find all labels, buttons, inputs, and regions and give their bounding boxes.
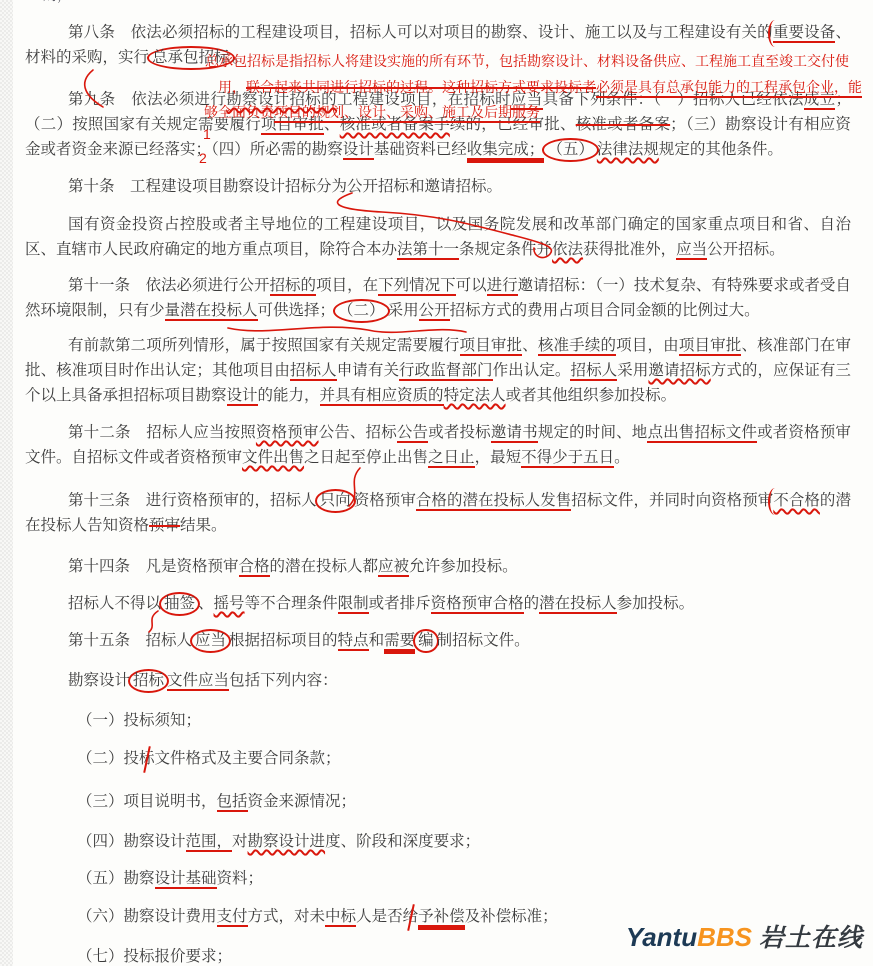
text-run: （七）投标报价要求；: [77, 948, 232, 965]
text-run: 第十三条 进行资格预审的，招标人: [68, 492, 317, 509]
annotated-text: 只向: [315, 489, 356, 513]
annotated-text: 招标人: [290, 362, 337, 381]
annotated-text: 应当: [198, 672, 229, 691]
annotated-text: 邀请招标: [648, 362, 710, 379]
text-run: 申请有关: [337, 362, 399, 379]
annotated-text: 联合起来共同进行招标的过程。这种招标方式要求投标者: [246, 81, 596, 96]
annotated-text: 依法: [552, 241, 583, 258]
annotated-text: 勘察设计进: [248, 833, 326, 850]
text-run: 第十二条 招标人应当按照: [68, 424, 256, 441]
watermark-bbs: BBS: [697, 922, 752, 952]
annotated-text: 之日止: [428, 449, 475, 468]
text-run: 招标人不得以: [68, 595, 161, 612]
annotated-text: 公告: [397, 424, 428, 443]
annotated-text: 应当: [676, 241, 707, 260]
text-run: （四）勘察设计: [77, 833, 186, 850]
annotated-text: 并具有相应资质的: [320, 387, 444, 406]
annotated-text: 重要设备: [773, 24, 836, 43]
text-run: 根据招标项目的: [229, 632, 338, 649]
document-paragraph: （二）投标文件格式及主要合同条款；: [25, 746, 851, 771]
text-run: 条规定条件并: [459, 241, 552, 258]
text-run: 规定的时间、地: [538, 424, 648, 441]
annotated-text: 包括: [217, 793, 248, 812]
annotated-text: 设计基础: [155, 870, 217, 889]
annotated-text: 不得少于五日: [521, 449, 614, 468]
text-run: 资金来源情况；: [248, 793, 357, 810]
text-run: 等不合理条件: [245, 595, 338, 612]
text-run: 招标文件，并同时向资格预审: [571, 492, 773, 509]
watermark-yantu: Yantu: [626, 922, 697, 952]
document-paragraph: 第十条 工程建设项目勘察设计招标分为公开招标和邀请招标。: [25, 174, 851, 199]
annotated-text: 应当: [190, 629, 231, 653]
annotated-text: 下列情况下: [378, 277, 456, 296]
text-run: 的: [524, 595, 540, 612]
annotated-text: 量潜在投标人: [165, 302, 258, 321]
document-paragraph: （四）勘察设计范围，对勘察设计进度、阶段和深度要求；: [25, 829, 851, 854]
text-run: ，最短: [475, 449, 522, 466]
annotated-text: 抽签: [159, 592, 200, 616]
text-run: 项目，由: [616, 337, 679, 354]
annotated-text: 邀请书: [491, 424, 538, 443]
document-paragraph: （三）项目说明书，包括资金来源情况；: [25, 789, 851, 814]
text-run: 项目，在: [316, 277, 378, 294]
document-paragraph: 第十五条 招标人应当根据招标项目的特点和需要编制招标文件。: [25, 628, 851, 653]
annotated-text: 收集完成；: [467, 141, 545, 158]
text-run: 第十四条 凡是资格预审: [68, 558, 239, 575]
text-run: 文件格式及主要合同条款；: [155, 750, 341, 767]
annotated-text: 招标: [128, 669, 169, 693]
text-run: 第十一条 依法必须进行公开: [68, 277, 270, 294]
annotated-text: 项目审批: [460, 337, 523, 356]
watermark-chinese: 岩土在线: [759, 924, 863, 952]
text-run: （一）投标须知；: [77, 712, 201, 729]
document-paragraph: 第十一条 依法必须进行公开招标的项目，在下列情况下可以进行邀请招标：（一）技术复…: [25, 273, 851, 323]
annotated-text: （二）: [333, 299, 390, 323]
annotated-text: 招标的: [270, 277, 317, 296]
text-run: 采用: [617, 362, 648, 379]
document-paragraph: 有前款第二项所列情形，属于按照国家有关规定需要履行项目审批、核准手续的项目，由项…: [25, 333, 851, 408]
text-run: 、: [198, 595, 214, 612]
annotated-text: 支付: [217, 908, 248, 927]
document-paragraph: 招标人不得以抽签、摇号等不合理条件限制或者排斥资格预审合格的潜在投标人参加投标。: [25, 591, 851, 616]
text-run: 或者投标: [428, 424, 491, 441]
annotated-text: 项目的规划、设计、采购、施工及后期服务: [274, 106, 540, 123]
text-run: 第十五条 招标人: [68, 632, 192, 649]
annotated-text: 资格预审合格: [431, 595, 524, 614]
annotated-text: 够全面负责: [204, 106, 274, 121]
annotated-text: 潜在投标人: [539, 595, 617, 614]
annotated-text: 必须是具有总承包能力的工程承包企业，能: [596, 81, 862, 98]
text-run: 方式，对未: [248, 908, 326, 925]
annotated-text: 资格预审: [256, 424, 319, 441]
annotated-text: 设计: [343, 141, 374, 160]
annotated-text: 摇号: [214, 595, 245, 612]
text-run: 基础资料已经: [374, 141, 467, 158]
annotated-text: 特定法人: [444, 387, 506, 404]
annotated-text: 进行: [487, 277, 518, 296]
watermark: YantuBBS岩土在线: [626, 918, 863, 954]
document-page: 购， 第八条 依法必须招标的工程建设项目，招标人可以对项目的勘察、设计、施工以及…: [0, 0, 873, 966]
text-run: 资料；: [217, 870, 264, 887]
annotated-text: 特点: [338, 632, 369, 651]
text-run: 之日起至停止出售: [304, 449, 428, 466]
text-run: 度、阶段和深度要求；: [325, 833, 480, 850]
document-paragraph: 国有资金投资占控股或者主导地位的工程建设项目，以及国务院发展和改革部门确定的国家…: [25, 212, 851, 262]
text-run: 规定的其他条件。: [659, 141, 783, 158]
text-run: 制招标文件。: [437, 632, 530, 649]
text-run: 及补偿标准；: [465, 908, 558, 925]
handwritten-note-line: 用，联合起来共同进行招标的过程。这种招标方式要求投标者必须是具有总承包能力的工程…: [218, 79, 862, 99]
annotated-text: 需要: [384, 632, 415, 649]
text-run: 或者其他组织参加投标。: [506, 387, 677, 404]
document-paragraph: 第十三条 进行资格预审的，招标人只向资格预审合格的潜在投标人发售招标文件，并同时…: [25, 488, 851, 538]
annotated-text: 文件出售: [242, 449, 304, 466]
text-run: 有前款第二项所列情形，属于按照国家有关规定需要履行: [68, 337, 460, 354]
text-run: 和: [369, 632, 385, 649]
text-run: 第十条 工程建设项目勘察设计招标分为公开招标和邀请招标。: [68, 178, 502, 195]
annotated-text: 行政监督部门: [399, 362, 493, 381]
text-run: 公告、招标: [319, 424, 397, 441]
text-run: 资格预审: [354, 492, 416, 509]
annotated-text: 设计: [227, 387, 258, 406]
annotated-text: 限制: [338, 595, 369, 614]
annotated-text: 不合格: [773, 492, 820, 509]
annotation-number: 2: [199, 150, 207, 166]
text-run: 参加投标。: [617, 595, 695, 612]
text-run: 人是否: [356, 908, 403, 925]
text-run: 公开招标。: [707, 241, 785, 258]
text-run: 第八条 依法必须招标的工程建设项目，招标人可以对项目的勘察、设计、施工以及与工程…: [68, 24, 773, 41]
text-run: 允许参加投标。: [409, 558, 518, 575]
document-paragraph: （五）勘察设计基础资料；: [25, 866, 851, 891]
annotated-text: 给: [403, 908, 419, 925]
annotated-text: 招标文件: [694, 424, 757, 443]
page-left-texture: [0, 0, 13, 966]
annotated-text: 预审: [149, 517, 180, 534]
text-run: 的潜在投标人都: [270, 558, 379, 575]
annotated-text: 合格的潜在投标人: [416, 492, 540, 511]
text-run: 勘察设计: [68, 672, 130, 689]
annotated-text: （五）: [542, 138, 599, 162]
handwritten-note-line: 够全面负责项目的规划、设计、采购、施工及后期服务: [204, 104, 540, 124]
annotated-text: 合格: [239, 558, 270, 577]
text-run: 、: [522, 337, 538, 354]
annotated-text: 应被: [378, 558, 409, 577]
text-run: 获得批准外，: [583, 241, 676, 258]
annotation-number: 1: [203, 126, 211, 142]
annotated-text: 法第十一: [397, 241, 459, 260]
text-run: （三）项目说明书，: [77, 793, 217, 810]
annotated-text: 核准手续的: [538, 337, 616, 356]
text-run: 作出认定。: [493, 362, 571, 379]
text-run: 。: [614, 449, 630, 466]
annotated-text: 文件: [167, 672, 198, 691]
text-run: 可以: [456, 277, 487, 294]
text-run: （六）勘察设计费用: [77, 908, 217, 925]
annotated-text: 编: [413, 629, 439, 653]
text-run: （五）勘察: [77, 870, 155, 887]
annotated-text: 发售: [540, 492, 571, 511]
document-body: 第八条 依法必须招标的工程建设项目，招标人可以对项目的勘察、设计、施工以及与工程…: [25, 0, 851, 966]
document-paragraph: 勘察设计招标文件应当包括下列内容：: [25, 668, 851, 693]
annotated-text: 用，: [218, 81, 246, 96]
annotated-text: 招标人: [570, 362, 617, 381]
annotated-text: 法律法规: [597, 141, 659, 158]
annotated-text: 标: [139, 750, 155, 767]
document-paragraph: （一）投标须知；: [25, 708, 851, 733]
annotated-text: 公开: [419, 302, 450, 321]
text-run: 可供选择；: [258, 302, 336, 319]
text-run: 包括下列内容：: [229, 672, 338, 689]
annotated-text: 中标: [325, 908, 356, 927]
annotated-text: 予补偿: [418, 908, 465, 925]
annotated-text: 范围，: [186, 833, 233, 852]
document-paragraph: 第十四条 凡是资格预审合格的潜在投标人都应被允许参加投标。: [25, 554, 851, 579]
text-run: （二）投: [77, 750, 139, 767]
text-run: 对: [232, 833, 248, 850]
document-paragraph: 第十二条 招标人应当按照资格预审公告、招标公告或者投标邀请书规定的时间、地点出售…: [25, 420, 851, 470]
annotated-text: 项目审批: [679, 337, 742, 356]
text-run: 采用: [388, 302, 419, 319]
handwritten-note-line: 总承包招标是指招标人将建设实施的所有环节，包括勘察设计、材料设备供应、工程施工直…: [205, 53, 849, 73]
text-run: 或者排斥: [369, 595, 431, 612]
text-run: 结果。: [180, 517, 227, 534]
text-run: 的能力，: [258, 387, 320, 404]
text-run: 第九条 依法必须进行: [68, 91, 226, 108]
annotated-text: 总承包招标是指招标人将建设实施的所有环节，包括勘察设计、材料设备供应、工程施工直…: [205, 55, 849, 70]
annotated-text: 核准或者备案: [576, 116, 670, 133]
annotated-text: 点出售: [647, 424, 694, 443]
text-run: 招标方式的费用占项目合同金额的比例过大。: [450, 302, 760, 319]
